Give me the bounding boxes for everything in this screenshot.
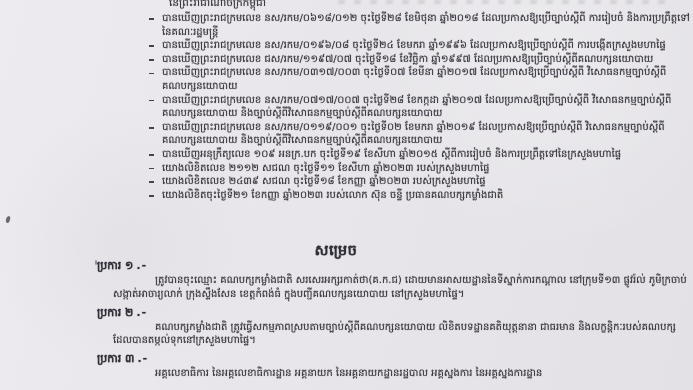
preamble-item: យោងលិខិតលេខ ២៤៣៩ សជណ ចុះថ្ងៃទី១៨ ខែកញ្ញា… xyxy=(149,175,691,189)
scan-artifact-speck xyxy=(95,260,97,265)
article: ប្រការ ៣.- អគ្គលេខាធិការ នៃអគ្គលេខាធិការ… xyxy=(97,352,690,381)
article-label: ប្រការ ១ xyxy=(97,259,133,272)
preamble-item-text: បានឃើញព្រះរាជក្រមលេខ នស/រកម/០៧១៧/០០៧ ចុះ… xyxy=(162,94,691,121)
dash-bullet-icon xyxy=(149,189,162,203)
scanned-document-page: នៃព្រះរាជាណាចក្រកម្ពុជា បានឃើញព្រះរាជក្រ… xyxy=(0,0,693,390)
preamble-item: យោងលិខិតលេខ ២១១២ សជណ ចុះថ្ងៃទី១១ ខែសីហា … xyxy=(149,162,691,176)
dash-bullet-icon xyxy=(149,121,162,135)
article-label: ប្រការ ៣ xyxy=(97,352,134,365)
preamble-item: បានឃើញព្រះរាជក្រមលេខ នស/រកម/០៧១៧/០០៧ ចុះ… xyxy=(149,94,691,121)
dash-bullet-icon xyxy=(149,148,162,162)
preamble-item: បានឃើញព្រះរាជក្រមលេខ នស/រកម/០៦១៨/០១២ ចុះ… xyxy=(149,12,691,39)
preamble-item: បានឃើញព្រះរាជក្រមលេខ នស/រកម/០១៩៦/០៨ ចុះថ… xyxy=(149,39,691,53)
article-label-suffix: .- xyxy=(136,259,147,272)
article-label-row: ប្រការ ១.- xyxy=(97,259,690,273)
preamble-item: យោងលិខិតចុះថ្ងៃទី២១ ខែកញ្ញា ឆ្នាំ២០២៣ រប… xyxy=(149,189,691,203)
article-label: ប្រការ ២ xyxy=(97,306,133,319)
preamble-item-text: បានឃើញព្រះរាជក្រមលេខ ជស/រកម/១១៩៧/០៧ ចុះថ… xyxy=(162,53,691,67)
preamble-item-text: បានឃើញអនុក្រឹត្យលេខ ១០៩ អនក្រ.បក ចុះថ្ងៃ… xyxy=(162,148,691,162)
dash-bullet-icon xyxy=(149,162,162,176)
preamble-item-text: បានឃើញព្រះរាជក្រមលេខ នស/រកម/០១៩៦/០៨ ចុះថ… xyxy=(162,39,691,53)
cropped-previous-line-remnant xyxy=(338,0,668,4)
dash-bullet-icon xyxy=(149,12,162,26)
preamble-item: បានឃើញព្រះរាជក្រមលេខ នស/រកម/០៣១៧/០០៣ ចុះ… xyxy=(149,66,691,93)
articles-section: ប្រការ ១.- ត្រូវបានចុះឈ្មោះ គណបក្សកម្លាំ… xyxy=(97,259,690,385)
dash-bullet-icon xyxy=(149,39,162,53)
preamble-item-text: បានឃើញព្រះរាជក្រមលេខ នស/រកម/០៦១៨/០១២ ចុះ… xyxy=(162,12,691,39)
article-label-suffix: .- xyxy=(137,352,148,365)
article-label-row: ប្រការ ៣.- xyxy=(97,352,690,366)
preamble-item: បានឃើញព្រះរាជក្រមលេខ នស/រកម/០១១៩/០០១ ចុះ… xyxy=(149,121,691,148)
preamble-item-text: យោងលិខិតចុះថ្ងៃទី២១ ខែកញ្ញា ឆ្នាំ២០២៣ រប… xyxy=(162,189,691,203)
dash-bullet-icon xyxy=(149,94,162,108)
preamble-item-text: យោងលិខិតលេខ ២១១២ សជណ ចុះថ្ងៃទី១១ ខែសីហា … xyxy=(162,162,691,176)
preamble-item-text: បានឃើញព្រះរាជក្រមលេខ នស/រកម/០១១៩/០០១ ចុះ… xyxy=(162,121,691,148)
article-body: ត្រូវបានចុះឈ្មោះ គណបក្សកម្លាំងជាតិ សរសេរ… xyxy=(97,274,690,302)
preamble-item-text: យោងលិខិតលេខ ២៤៣៩ សជណ ចុះថ្ងៃទី១៨ ខែកញ្ញា… xyxy=(162,175,691,189)
preamble-list: បានឃើញព្រះរាជក្រមលេខ នស/រកម/០៦១៨/០១២ ចុះ… xyxy=(149,12,691,202)
preamble-item-text: បានឃើញព្រះរាជក្រមលេខ នស/រកម/០៣១៧/០០៣ ចុះ… xyxy=(162,66,691,93)
preamble-item: បានឃើញអនុក្រឹត្យលេខ ១០៩ អនក្រ.បក ចុះថ្ងៃ… xyxy=(149,148,691,162)
article-body: គណបក្សកម្លាំងជាតិ ត្រូវធ្វើសកម្មភាពស្របត… xyxy=(97,321,690,349)
decision-heading: សម្រេច xyxy=(315,243,358,259)
article: ប្រការ ១.- ត្រូវបានចុះឈ្មោះ គណបក្សកម្លាំ… xyxy=(97,259,690,302)
kingdom-line: នៃព្រះរាជាណាចក្រកម្ពុជា xyxy=(169,0,266,10)
article-label-row: ប្រការ ២.- xyxy=(97,306,690,320)
article-label-suffix: .- xyxy=(136,306,147,319)
dash-bullet-icon xyxy=(149,53,162,67)
article: ប្រការ ២.- គណបក្សកម្លាំងជាតិ ត្រូវធ្វើសក… xyxy=(97,306,690,349)
article-body: អគ្គលេខាធិការ នៃអគ្គលេខាធិការដ្ឋាន អគ្គន… xyxy=(97,367,690,381)
preamble-item: បានឃើញព្រះរាជក្រមលេខ ជស/រកម/១១៩៧/០៧ ចុះថ… xyxy=(149,53,691,67)
dash-bullet-icon xyxy=(149,66,162,80)
scan-artifact-speck xyxy=(5,216,11,224)
dash-bullet-icon xyxy=(149,175,162,189)
